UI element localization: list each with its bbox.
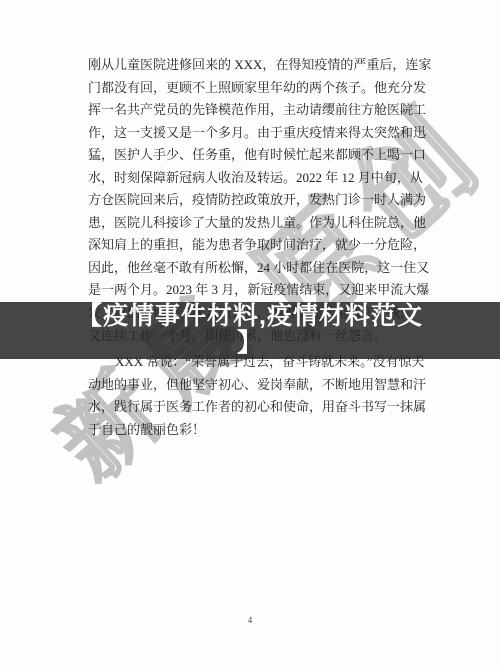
text-line: 动地的事业，但他坚守初心、爱岗奉献，不断地用智慧和汗 [88,374,413,397]
banner-title-line-1: 【疫情事件材料,疫情材料范文 [0,303,500,330]
text-line: 方仓医院回来后，疫情防控政策放开，发热门诊一时人满为 [88,189,413,212]
text-line: 于自己的靓丽色彩！ [88,419,413,442]
text-line: 猛，医护人手少、任务重，他有时候忙起来都顾不上喝一口 [88,144,413,167]
title-banner: 【疫情事件材料,疫情材料范文 】 [0,302,500,359]
page-number: 4 [0,615,500,625]
banner-title-line-2: 】 [0,330,500,357]
text-line: 门都没有回，更顾不上照顾家里年幼的两个孩子。他充分发 [88,77,413,100]
text-line: 挥一名共产党员的先锋模范作用，主动请缨前往方舱医院工 [88,99,413,122]
text-line: 水，时刻保障新冠病人收治及转运。2022 年 12 月中旬，从 [88,167,413,190]
text-line: 作，这一支援又是一个多月。由于重庆疫情来得太突然和迅 [88,122,413,145]
text-line: 刚从儿童医院进修回来的 XXX，在得知疫情的严重后，连家 [88,54,413,77]
text-line: 因此，他丝毫不敢有所松懈，24 小时都住在医院，这一住又 [88,257,413,280]
text-line: 深知肩上的重担，能为患者争取时间治疗，就少一分危险， [88,234,413,257]
document-body: 刚从儿童医院进修回来的 XXX，在得知疫情的严重后，连家门都没有回，更顾不上照顾… [88,54,413,441]
text-line: 是一两个月。2023 年 3 月，新冠疫情结束，又迎来甲流大爆 [88,279,413,302]
paragraph: XXX 常说：“荣誉属于过去，奋斗铸就未来。”没有惊天动地的事业，但他坚守初心、… [88,351,413,441]
text-line: 患，医院儿科接诊了大量的发热儿童。作为儿科住院总，他 [88,212,413,235]
text-line: 水，践行属于医务工作者的初心和使命，用奋斗书写一抹属 [88,396,413,419]
